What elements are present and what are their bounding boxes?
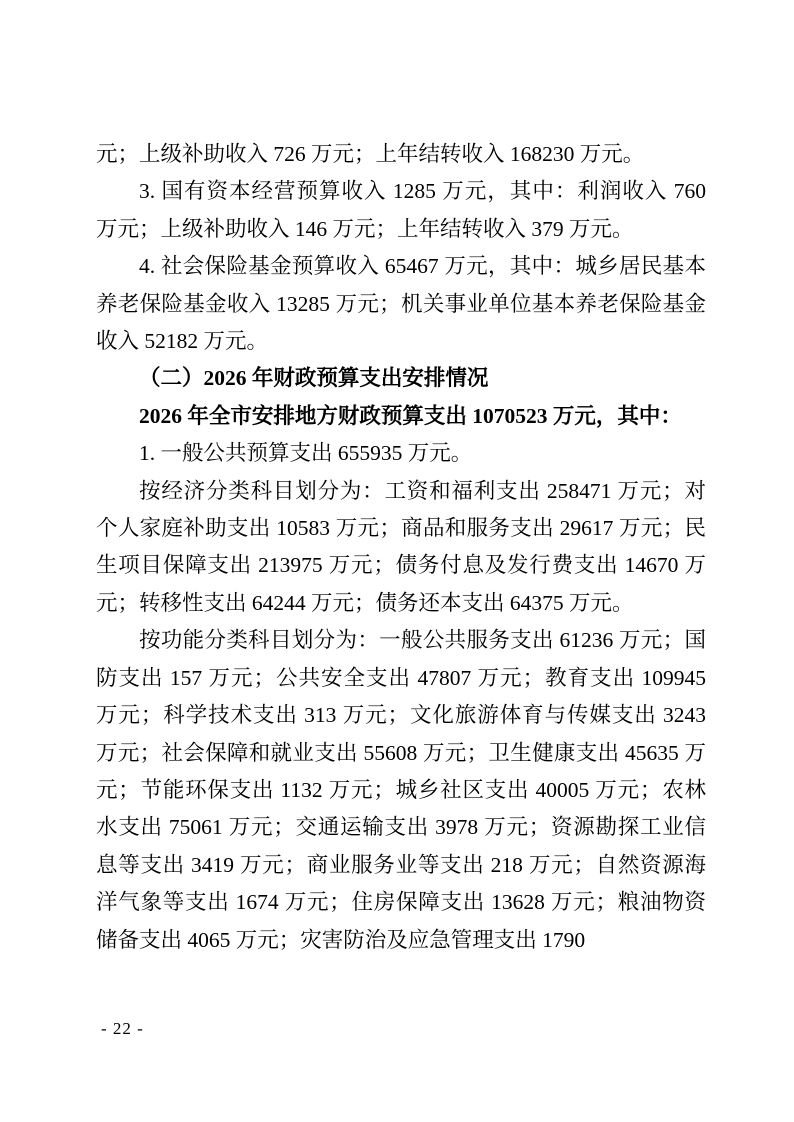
para-functional-classification: 按功能分类科目划分为：一般公共服务支出 61236 万元；国防支出 157 万元… [96, 622, 706, 959]
para-total-budget-expenditure: 2026 年全市安排地方财政预算支出 1070523 万元，其中： [96, 398, 706, 435]
page-footer: - 22 - [101, 1018, 144, 1040]
para-state-capital-budget-income: 3. 国有资本经营预算收入 1285 万元，其中：利润收入 760 万元；上级补… [96, 173, 706, 248]
para-continuation-prev-page: 元；上级补助收入 726 万元；上年结转收入 168230 万元。 [96, 136, 706, 173]
para-general-public-budget-expenditure: 1. 一般公共预算支出 655935 万元。 [96, 435, 706, 472]
para-social-insurance-fund-income: 4. 社会保险基金预算收入 65467 万元，其中：城乡居民基本养老保险基金收入… [96, 248, 706, 360]
para-economic-classification: 按经济分类科目划分为：工资和福利支出 258471 万元；对个人家庭补助支出 1… [96, 473, 706, 623]
document-page: 元；上级补助收入 726 万元；上年结转收入 168230 万元。 3. 国有资… [0, 0, 794, 1122]
document-body: 元；上级补助收入 726 万元；上年结转收入 168230 万元。 3. 国有资… [96, 136, 706, 959]
page-number: - 22 - [101, 1019, 144, 1038]
heading-section-2-expenditure-arrangement: （二）2026 年财政预算支出安排情况 [96, 360, 706, 397]
